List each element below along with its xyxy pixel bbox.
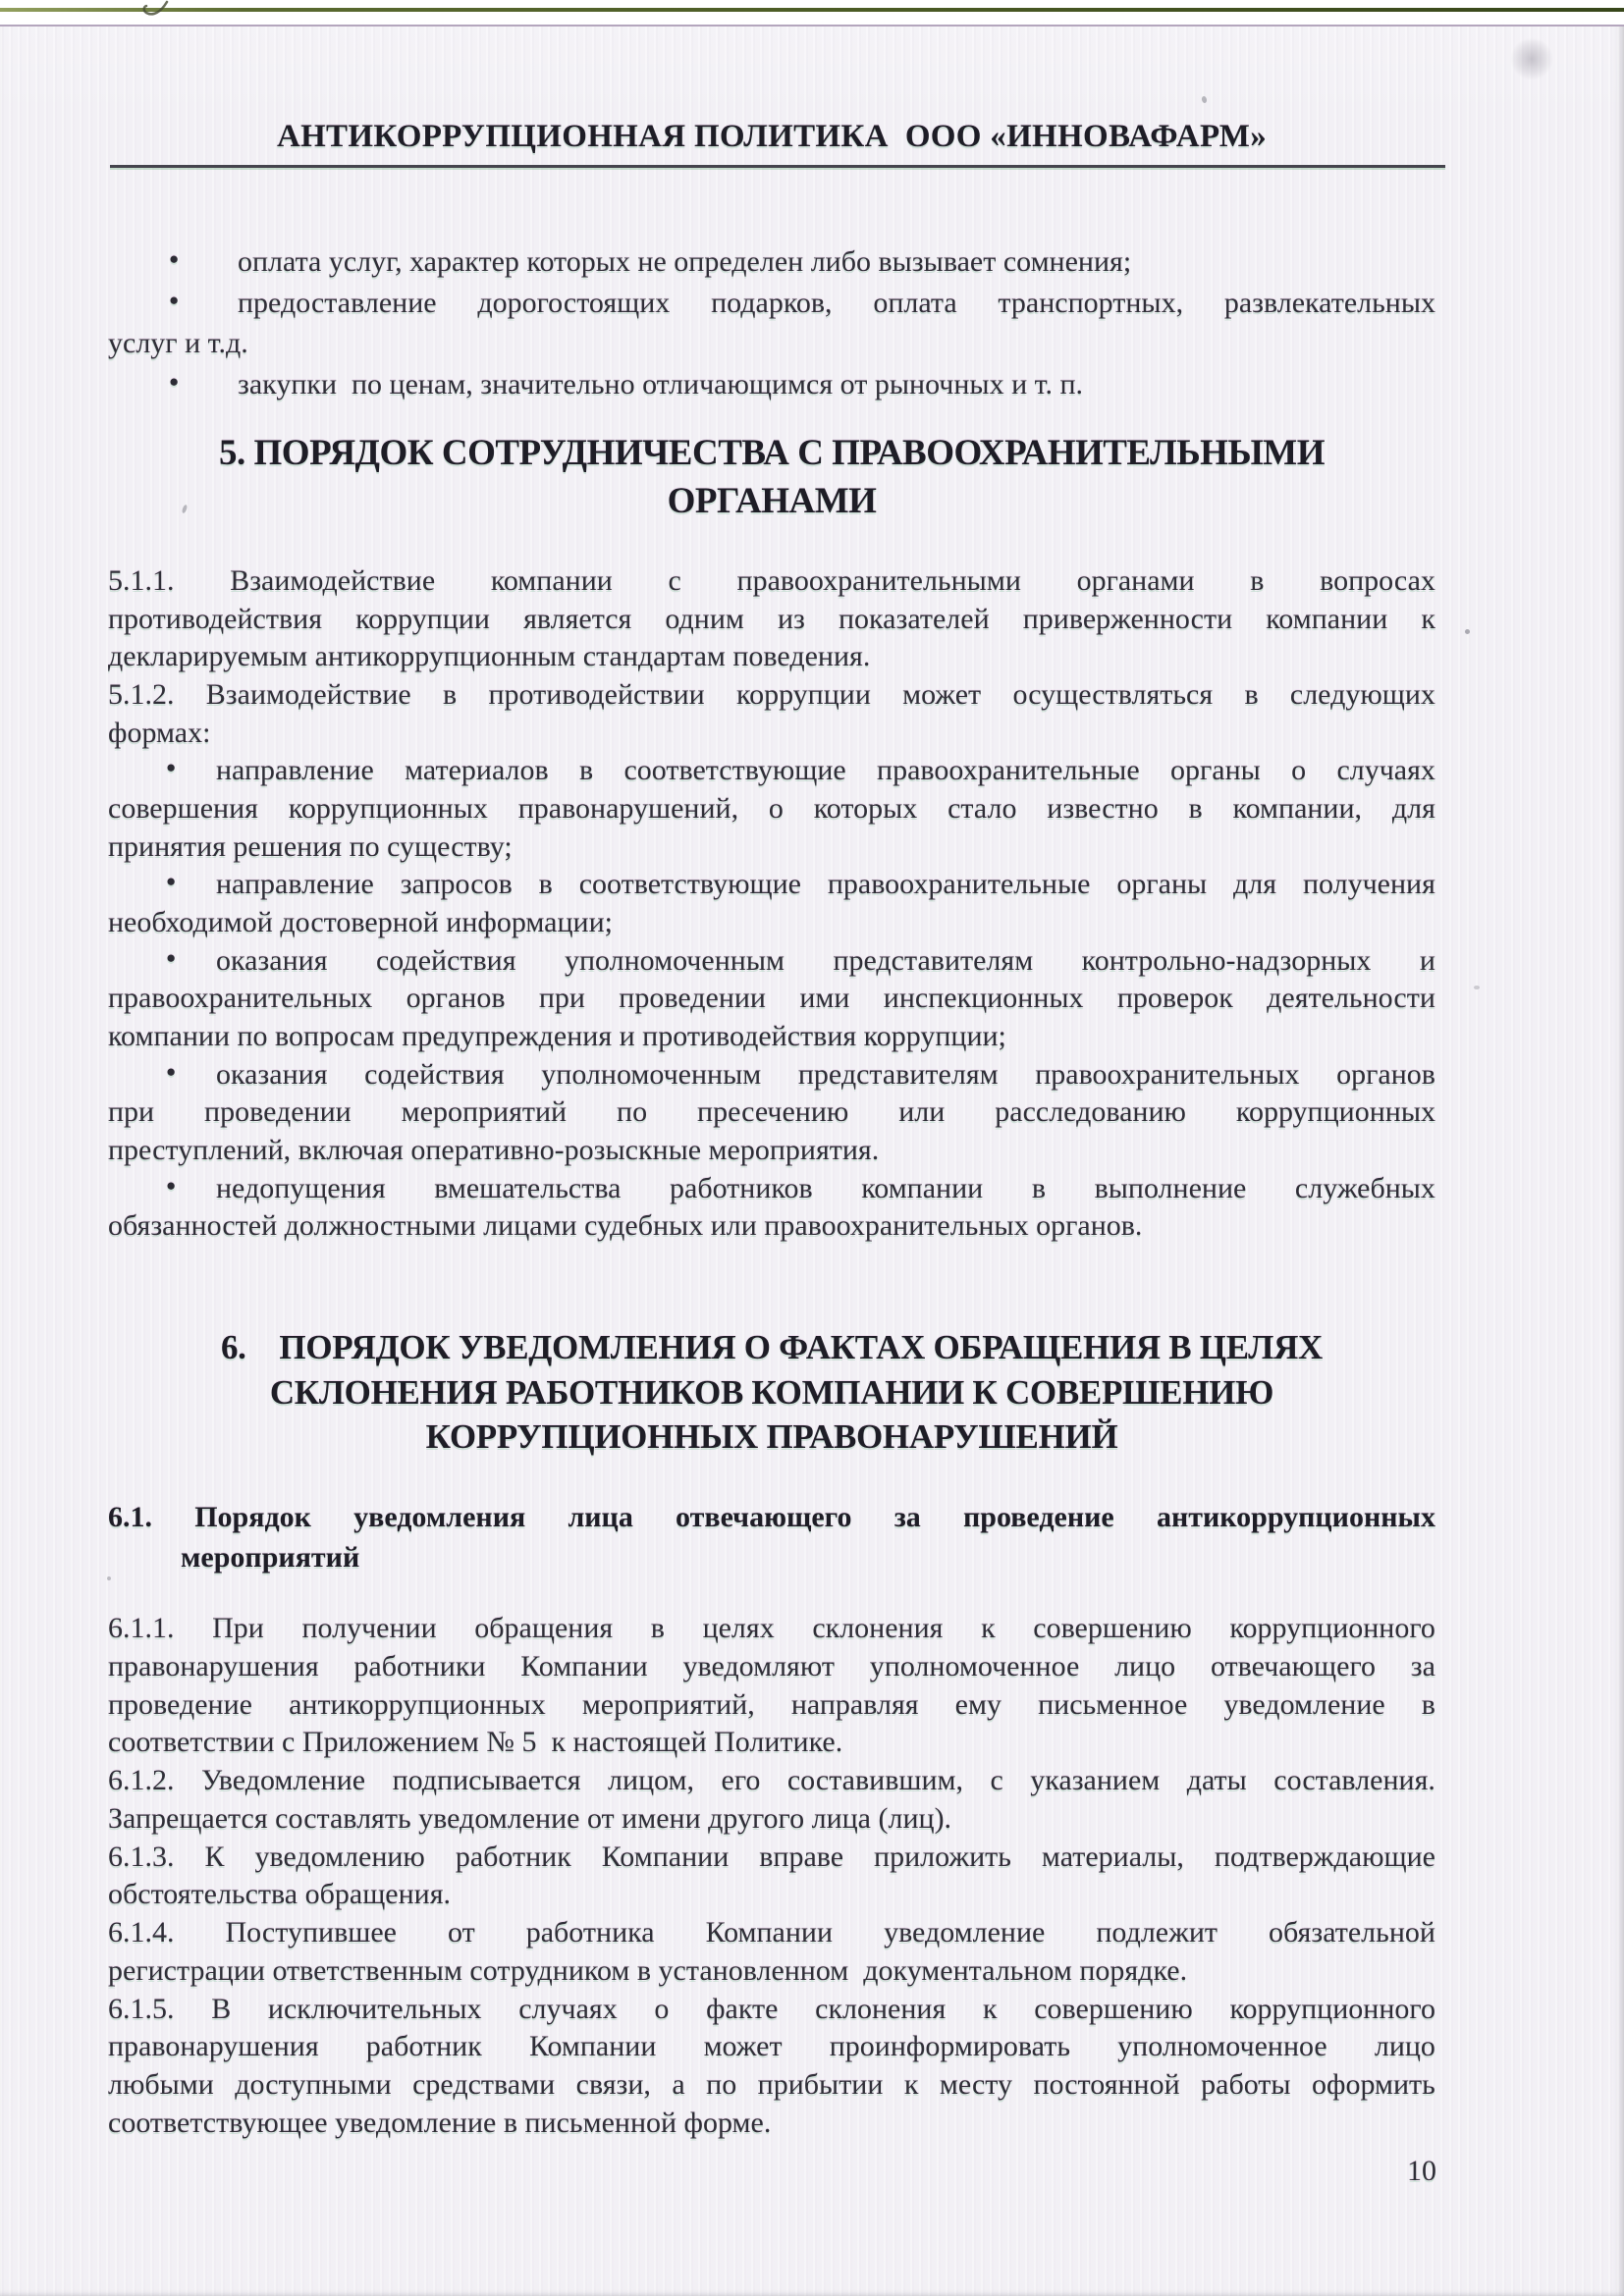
text-line: ●оказаниясодействияуполномоченнымпредста…	[108, 944, 1435, 983]
text-line: правонарушенияработникиКомпанииуведомляю…	[108, 1650, 1435, 1688]
section6-body: 6.1.1.Приполученииобращениявцеляхсклонен…	[108, 1612, 1435, 2145]
page-number: 10	[1407, 2155, 1436, 2188]
text-line: 6. ПОРЯДОК УВЕДОМЛЕНИЯ О ФАКТАХ ОБРАЩЕНИ…	[108, 1328, 1435, 1373]
scanned-document-page: АНТИКОРРУПЦИОННАЯ ПОЛИТИКА ООО «ИННОВАФА…	[0, 0, 1624, 2296]
text-line: необходимой достоверной информации;	[108, 906, 1435, 944]
bullet-icon: ●	[166, 759, 176, 775]
text-line: ●направлениематериаловвсоответствующиепр…	[108, 754, 1435, 792]
text-line: припроведениимероприятийпопресечениюилир…	[108, 1095, 1435, 1134]
text-line: проведениеантикоррупционныхмероприятий,н…	[108, 1688, 1435, 1727]
text-line: совершениякоррупционныхправонарушений,ок…	[108, 792, 1435, 830]
text-line: КОРРУПЦИОННЫХ ПРАВОНАРУШЕНИЙ	[108, 1417, 1435, 1463]
text-line: правоохранительныхоргановприпроведенииим…	[108, 982, 1435, 1020]
text-line: ●оплата услуг, характер которых не опред…	[108, 245, 1435, 287]
text-line: обязанностей должностными лицами судебны…	[108, 1209, 1435, 1248]
section5-body: 5.1.1.Взаимодействиекомпаниисправоохрани…	[108, 564, 1435, 1248]
title-underline	[110, 165, 1445, 168]
text-line: 6.1.2.Уведомлениеподписываетсялицом,егос…	[108, 1764, 1435, 1802]
bullet-icon: ●	[166, 873, 176, 889]
text-line: 6.1.4.ПоступившееотработникаКомпанииувед…	[108, 1916, 1435, 1954]
bullet-icon: ●	[169, 250, 179, 267]
text-line: противодействиякоррупцииявляетсяоднимизп…	[108, 603, 1435, 641]
text-line: 5.1.2.Взаимодействиевпротиводействиикорр…	[108, 678, 1435, 717]
text-line: 6.1.Порядокуведомлениялицаотвечающегозап…	[108, 1501, 1435, 1541]
section5-heading: 5. ПОРЯДОК СОТРУДНИЧЕСТВА С ПРАВООХРАНИТ…	[108, 432, 1435, 528]
text-line: ●направлениезапросоввсоответствующиеправ…	[108, 868, 1435, 906]
text-line: 6.1.3.КуведомлениюработникКомпаниивправе…	[108, 1841, 1435, 1879]
text-line: декларируемым антикоррупционным стандарт…	[108, 640, 1435, 678]
text-line: мероприятий	[108, 1541, 1435, 1581]
text-line: 5.1.1.Взаимодействиекомпаниисправоохрани…	[108, 564, 1435, 603]
text-line: преступлений, включая оперативно-розыскн…	[108, 1134, 1435, 1172]
scan-top-edge	[0, 0, 1624, 27]
scan-smudge	[1510, 37, 1553, 80]
intro-bullet-list: ●оплата услуг, характер которых не опред…	[108, 245, 1435, 408]
pen-mark	[134, 0, 179, 24]
scan-speck	[1465, 629, 1470, 634]
bullet-icon: ●	[169, 373, 179, 390]
text-line: компании по вопросам предупреждения и пр…	[108, 1020, 1435, 1058]
text-line: соответствии с Приложением № 5 к настоящ…	[108, 1726, 1435, 1764]
text-line: любымидоступнымисредствамисвязи,апоприбы…	[108, 2068, 1435, 2107]
scan-edge-thin-line	[0, 25, 1624, 27]
scan-speck	[1474, 986, 1480, 989]
section6-heading: 6. ПОРЯДОК УВЕДОМЛЕНИЯ О ФАКТАХ ОБРАЩЕНИ…	[108, 1328, 1435, 1463]
text-line: формах:	[108, 717, 1435, 755]
text-line: ●закупки по ценам, значительно отличающи…	[108, 368, 1435, 409]
text-line: 6.1.5.Висключительныхслучаяхофактесклоне…	[108, 1993, 1435, 2031]
bullet-icon: ●	[166, 1063, 176, 1080]
text-line: правонарушенияработникКомпанииможетпроин…	[108, 2030, 1435, 2068]
text-line: принятия решения по существу;	[108, 830, 1435, 869]
text-line: ОРГАНАМИ	[108, 480, 1435, 528]
text-line: ●оказаниясодействияуполномоченнымпредста…	[108, 1058, 1435, 1096]
scan-speck	[1201, 95, 1208, 103]
scan-edge-line	[0, 8, 1624, 12]
text-line: Запрещается составлять уведомление от им…	[108, 1802, 1435, 1841]
subsection-6-1-heading: 6.1.Порядокуведомлениялицаотвечающегозап…	[108, 1501, 1435, 1581]
text-line: ●недопущениявмешательстваработниковкомпа…	[108, 1172, 1435, 1210]
bullet-icon: ●	[166, 1177, 176, 1194]
document-title: АНТИКОРРУПЦИОННАЯ ПОЛИТИКА ООО «ИННОВАФА…	[108, 119, 1435, 155]
text-line: СКЛОНЕНИЯ РАБОТНИКОВ КОМПАНИИ К СОВЕРШЕН…	[108, 1373, 1435, 1418]
text-line: услуг и т.д.	[108, 327, 1435, 368]
bullet-icon: ●	[166, 949, 176, 966]
text-line: соответствующее уведомление в письменной…	[108, 2107, 1435, 2145]
text-line: 5. ПОРЯДОК СОТРУДНИЧЕСТВА С ПРАВООХРАНИТ…	[108, 432, 1435, 480]
bullet-icon: ●	[169, 292, 179, 308]
text-line: ●предоставлениедорогостоящихподарков,опл…	[108, 287, 1435, 328]
text-line: 6.1.1.Приполученииобращениявцеляхсклонен…	[108, 1612, 1435, 1650]
text-line: регистрации ответственным сотрудником в …	[108, 1954, 1435, 1993]
text-line: обстоятельства обращения.	[108, 1878, 1435, 1916]
